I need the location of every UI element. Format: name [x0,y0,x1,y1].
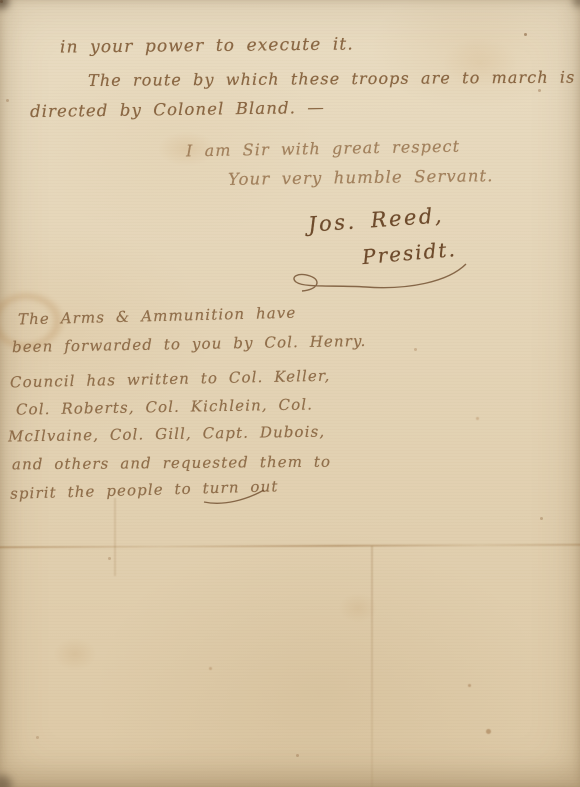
scan-corner-shadow [0,775,12,787]
signature-flourish [288,260,478,294]
letter-scan: in your power to execute it. The route b… [0,0,580,787]
scan-corner-shadow [0,0,9,9]
postscript-line: Council has written to Col. Keller, [10,367,331,392]
postscript-line: The Arms & Ammunition have [18,304,297,329]
paper-stain [332,588,384,628]
paper-stain [46,632,104,676]
letter-body-line: The route by which these troops are to m… [88,67,580,90]
scan-corner-shadow [573,0,580,7]
signature-name: Jos. Reed, [307,203,444,236]
letter-closing-line: Your very humble Servant. [228,166,494,189]
letter-body-line: directed by Colonel Bland. — [30,98,325,121]
postscript-line: been forwarded to you by Col. Henry. [12,332,367,356]
horizontal-fold-crease [0,544,580,549]
letter-closing-line: I am Sir with great respect [186,137,460,161]
postscript-line: and others and requested them to [12,453,331,474]
postscript-line: McIlvaine, Col. Gill, Capt. Dubois, [8,423,325,446]
vertical-fold-crease [114,498,116,576]
vertical-fold-crease [371,546,373,787]
postscript-line: Col. Roberts, Col. Kichlein, Col. [16,395,313,418]
postscript-flourish [200,486,270,508]
letter-body-line: in your power to execute it. [60,34,354,57]
